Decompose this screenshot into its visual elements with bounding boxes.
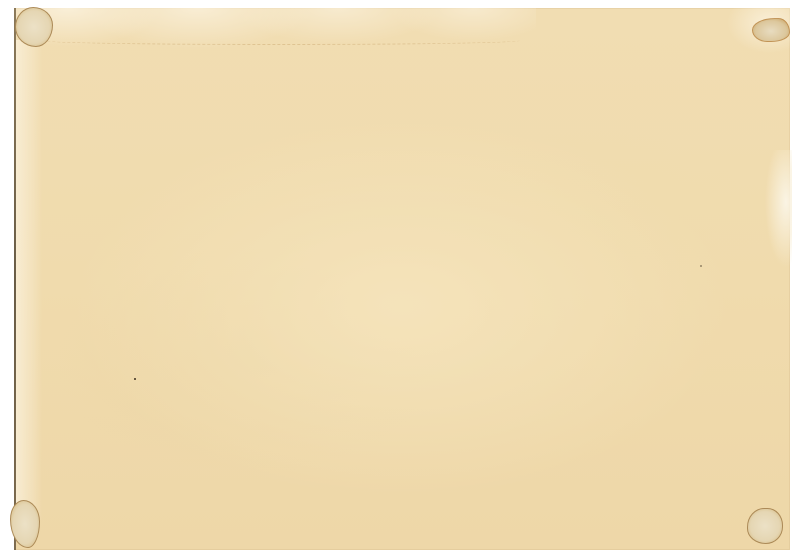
aged-paper-sheet — [14, 8, 790, 550]
top-right-glue-spot — [752, 18, 790, 42]
bottom-right-glue-spot — [747, 508, 783, 544]
paper-speck — [700, 265, 702, 267]
paper-speck — [134, 378, 136, 380]
left-water-stain — [16, 40, 42, 520]
right-edge-tear — [762, 150, 792, 280]
top-stain-tide-line — [40, 36, 520, 45]
image-canvas — [0, 0, 800, 558]
top-water-stain — [16, 8, 536, 56]
top-left-glue-spot — [15, 7, 53, 47]
